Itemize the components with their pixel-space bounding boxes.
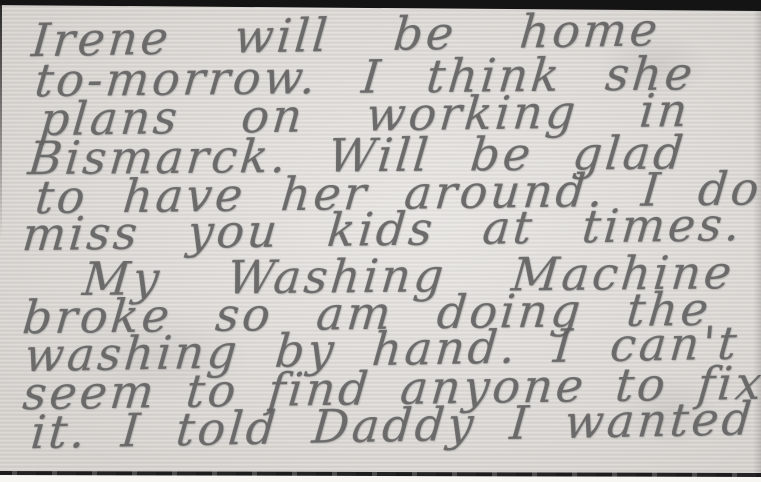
scanned-postcard: Irene will be home to-morrow. I think sh…	[0, 0, 761, 482]
scan-left-edge	[0, 0, 2, 240]
postcard-paper: Irene will be home to-morrow. I think sh…	[0, 0, 761, 482]
scan-right-shade	[753, 0, 761, 482]
handwriting-area: Irene will be home to-morrow. I think sh…	[0, 0, 761, 482]
